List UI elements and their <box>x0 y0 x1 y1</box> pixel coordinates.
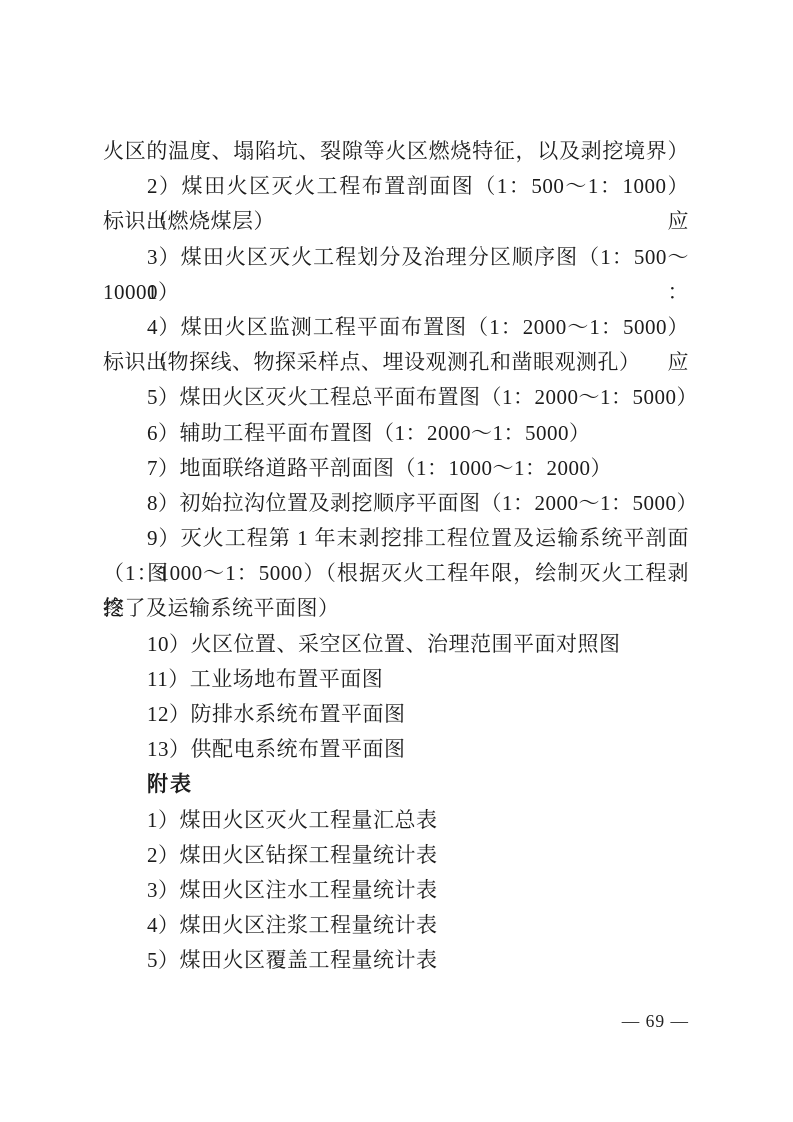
text-line: 4）煤田火区监测工程平面布置图（1：2000～1：5000）（应 <box>103 310 689 345</box>
text-line: 7）地面联络道路平剖面图（1：1000～1：2000） <box>103 451 689 486</box>
text-line: 4）煤田火区注浆工程量统计表 <box>103 908 689 943</box>
text-line: 终了及运输系统平面图） <box>103 591 689 626</box>
text-line: 6）辅助工程平面布置图（1：2000～1：5000） <box>103 416 689 451</box>
text-line: 12）防排水系统布置平面图 <box>103 697 689 732</box>
text-line: 2）煤田火区钻探工程量统计表 <box>103 838 689 873</box>
text-line: 5）煤田火区覆盖工程量统计表 <box>103 943 689 978</box>
page-number: — 69 — <box>103 1010 689 1032</box>
text-line: 标识出物探线、物探采样点、埋设观测孔和凿眼观测孔） <box>103 345 689 380</box>
text-line: 火区的温度、塌陷坑、裂隙等火区燃烧特征，以及剥挖境界） <box>103 134 689 169</box>
text-line: 11）工业场地布置平面图 <box>103 662 689 697</box>
text-line: 3）煤田火区注水工程量统计表 <box>103 873 689 908</box>
text-line: 9）灭火工程第 1 年末剥挖排工程位置及运输系统平剖面图 <box>103 521 689 556</box>
text-line: 3）煤田火区灭火工程划分及治理分区顺序图（1：500～1： <box>103 240 689 275</box>
text-line: 8）初始拉沟位置及剥挖顺序平面图（1：2000～1：5000） <box>103 486 689 521</box>
text-line: 10）火区位置、采空区位置、治理范围平面对照图 <box>103 627 689 662</box>
document-text-block: 火区的温度、塌陷坑、裂隙等火区燃烧特征，以及剥挖境界） 2）煤田火区灭火工程布置… <box>103 134 689 979</box>
section-heading: 附表 <box>103 767 689 802</box>
text-line: 13）供配电系统布置平面图 <box>103 732 689 767</box>
text-line: 1）煤田火区灭火工程量汇总表 <box>103 803 689 838</box>
document-page: 火区的温度、塌陷坑、裂隙等火区燃烧特征，以及剥挖境界） 2）煤田火区灭火工程布置… <box>0 0 793 1122</box>
text-line: 2）煤田火区灭火工程布置剖面图（1：500～1：1000）（应 <box>103 169 689 204</box>
text-line: （1：1000～1：5000）（根据灭火工程年限，绘制灭火工程剥挖 <box>103 556 689 591</box>
text-line: 5）煤田火区灭火工程总平面布置图（1：2000～1：5000） <box>103 380 689 415</box>
